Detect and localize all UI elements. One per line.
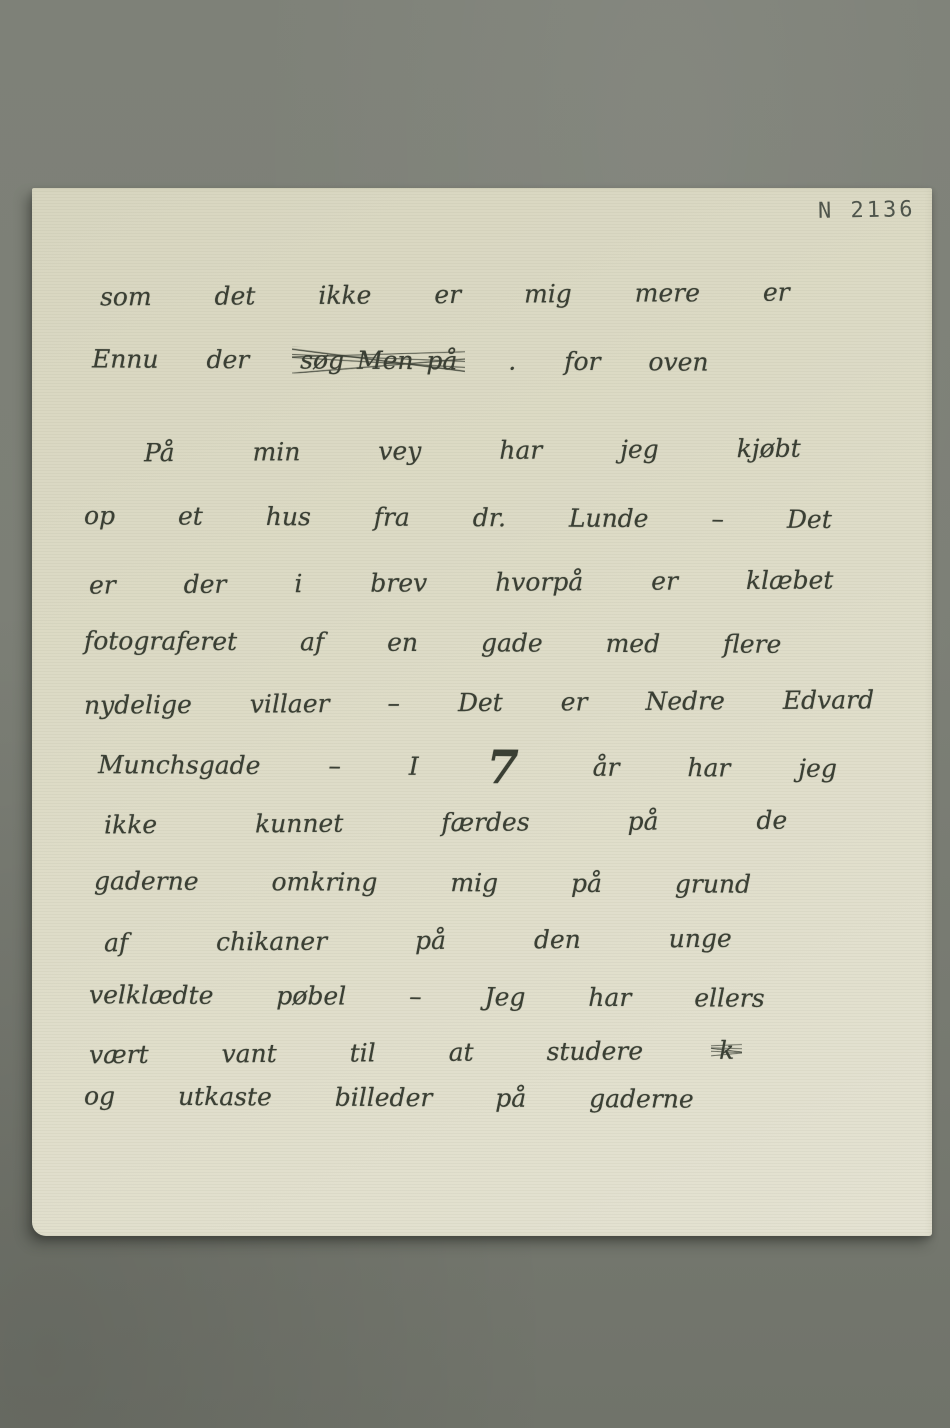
handwritten-text: gaderne omkring mig på grund bbox=[94, 866, 751, 898]
handwritten-text: er der i brev hvorpå er klæbet bbox=[89, 565, 834, 599]
catalog-number: N 2136 bbox=[818, 197, 916, 224]
handwritten-text: og utkaste billeder på gaderne bbox=[84, 1081, 694, 1113]
handwritten-text: som det ikke er mig mere er bbox=[100, 278, 790, 312]
handwritten-text: op et hus fra dr. Lunde – Det bbox=[84, 501, 832, 534]
handwritten-text: . for oven bbox=[508, 347, 708, 377]
handwritten-line: Ennu der søg Men på . for oven bbox=[92, 344, 709, 376]
handwritten-text: velklædte pøbel – Jeg har ellers bbox=[89, 980, 765, 1013]
handwritten-text: vært vant til at studere bbox=[89, 1036, 643, 1069]
handwritten-text: ikke kunnet færdes på de bbox=[104, 806, 787, 840]
handwritten-text: På min vey har jeg kjøbt bbox=[144, 434, 801, 468]
handwritten-line: Munchsgade – I 7 år har jeg bbox=[98, 738, 837, 796]
struck-out-word: søg Men på bbox=[297, 345, 460, 375]
large-numeral: 7 bbox=[487, 740, 525, 794]
handwritten-line: af chikaner på den unge bbox=[104, 924, 732, 957]
handwritten-line: som det ikke er mig mere er bbox=[100, 278, 790, 312]
handwritten-text: fotograferet af en gade med flere bbox=[84, 626, 781, 659]
handwritten-line: fotograferet af en gade med flere bbox=[84, 626, 781, 659]
photo-backdrop: N 2136 som det ikke er mig mere er Ennu … bbox=[0, 0, 950, 1428]
struck-out-word: k bbox=[716, 1036, 737, 1065]
handwritten-text: nydelige villaer – Det er Nedre Edvard bbox=[84, 685, 874, 720]
handwritten-line: og utkaste billeder på gaderne bbox=[84, 1081, 694, 1113]
handwritten-text: Ennu der bbox=[92, 344, 249, 374]
handwritten-line: op et hus fra dr. Lunde – Det bbox=[84, 501, 832, 534]
handwritten-text: år har jeg bbox=[593, 753, 837, 783]
handwritten-line: vært vant til at studere k bbox=[89, 1036, 737, 1070]
handwritten-text: af chikaner på den unge bbox=[104, 924, 732, 957]
handwritten-line: nydelige villaer – Det er Nedre Edvard bbox=[84, 685, 874, 720]
handwritten-line: På min vey har jeg kjøbt bbox=[144, 434, 801, 468]
handwritten-line: velklædte pøbel – Jeg har ellers bbox=[89, 980, 765, 1013]
handwritten-line: gaderne omkring mig på grund bbox=[94, 866, 751, 898]
handwritten-line: ikke kunnet færdes på de bbox=[104, 806, 787, 840]
manuscript-page: N 2136 som det ikke er mig mere er Ennu … bbox=[32, 188, 932, 1236]
handwritten-line: er der i brev hvorpå er klæbet bbox=[89, 565, 834, 599]
handwritten-text: Munchsgade – I bbox=[98, 750, 419, 781]
